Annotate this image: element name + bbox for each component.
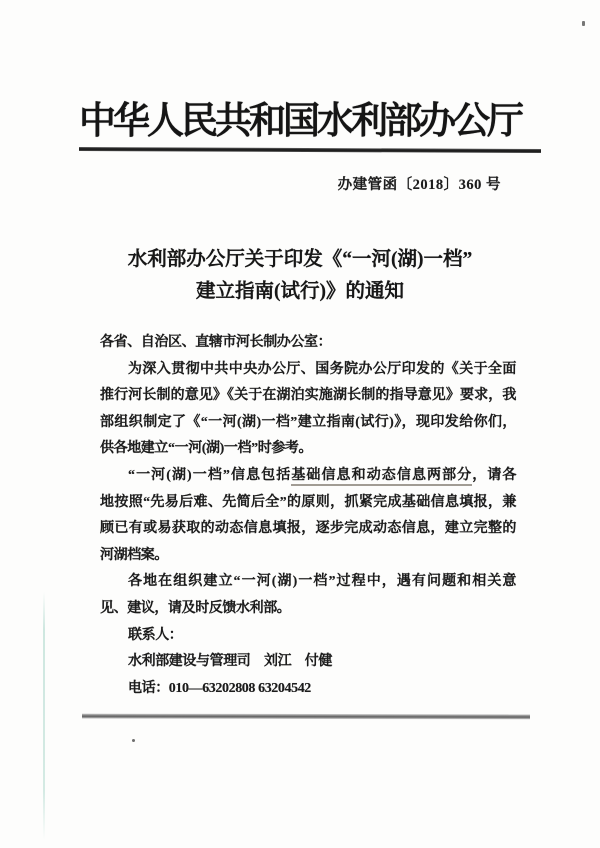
body-line: “一河(湖)一档”信息包括基础信息和动态信息两部分，请各 [100, 463, 516, 490]
body-line: 见、建议，请及时反馈水利部。 [100, 596, 516, 623]
notice-title: 水利部办公厅关于印发《“一河(湖)一档” 建立指南(试行)》的通知 [0, 244, 600, 307]
body-line: 供各地建立“一河(湖)一档”时参考。 [100, 436, 516, 463]
body-line: 顾已有或易获取的动态信息填报，逐步完成动态信息，建立完整的 [100, 516, 516, 543]
body-line: 各地在组织建立“一河(湖)一档”过程中，遇有问题和相关意 [100, 569, 516, 596]
scan-speck [582, 21, 585, 26]
body-text-segment: 地按照“先易后难、先简后全”的原则，抓紧完成基础信息填报，兼 [100, 495, 516, 510]
body-line: 电话：010—63202808 63204542 [100, 676, 516, 703]
bottom-scan-fold-line [82, 714, 530, 720]
body-text-segment: 为深入贯彻中共中央办公厅、国务院办公厅印发的《关于全面 [128, 362, 516, 377]
document-body: 各省、自治区、直辖市河长制办公室：为深入贯彻中共中央办公厅、国务院办公厅印发的《… [100, 330, 516, 702]
scanner-streak-artifact [43, 592, 45, 840]
body-text-segment: ，请各 [472, 468, 516, 483]
body-text-segment: 供各地建立“一河(湖)一档”时参考。 [100, 441, 312, 456]
pencil-underlined-text: 基础信息和动态信息两部分 [291, 468, 472, 486]
masthead-divider-rule [79, 147, 541, 153]
body-text-segment: 部组织制定了《“一河(湖)一档”建立指南(试行)》，现印发给你们， [100, 415, 516, 430]
body-text-segment: “一河(湖)一档”信息包括 [128, 468, 291, 483]
body-text-segment: 河湖档案。 [100, 548, 168, 563]
body-text-segment: 见、建议，请及时反馈水利部。 [100, 601, 290, 616]
body-line: 各省、自治区、直辖市河长制办公室： [100, 330, 516, 357]
notice-title-line-1: 水利部办公厅关于印发《“一河(湖)一档” [0, 244, 600, 276]
issuing-agency-masthead: 中华人民共和国水利部办公厅 [0, 99, 600, 145]
document-reference-number: 办建管函〔2018〕360 号 [338, 173, 501, 194]
body-line: 部组织制定了《“一河(湖)一档”建立指南(试行)》，现印发给你们， [100, 410, 516, 437]
body-line: 为深入贯彻中共中央办公厅、国务院办公厅印发的《关于全面 [100, 357, 516, 384]
notice-title-line-2: 建立指南(试行)》的通知 [0, 276, 600, 308]
body-text-segment: 电话：010—63202808 63204542 [128, 681, 311, 696]
body-line: 地按照“先易后难、先简后全”的原则，抓紧完成基础信息填报，兼 [100, 490, 516, 517]
body-line: 河湖档案。 [100, 543, 516, 570]
body-line: 联系人： [100, 623, 516, 650]
body-text-segment: 各省、自治区、直辖市河长制办公室： [100, 335, 331, 350]
scan-speck [132, 739, 135, 742]
body-line: 水利部建设与管理司 刘江 付健 [100, 649, 516, 676]
body-text-segment: 水利部建设与管理司 刘江 付健 [128, 654, 332, 669]
body-text-segment: 各地在组织建立“一河(湖)一档”过程中，遇有问题和相关意 [128, 574, 516, 589]
body-line: 推行河长制的意见》《关于在湖泊实施湖长制的指导意见》要求，我 [100, 383, 516, 410]
body-text-segment: 联系人： [128, 628, 182, 643]
body-text-segment: 推行河长制的意见》《关于在湖泊实施湖长制的指导意见》要求，我 [100, 388, 516, 403]
body-text-segment: 顾已有或易获取的动态信息填报，逐步完成动态信息，建立完整的 [100, 521, 516, 536]
scanned-document-page: 中华人民共和国水利部办公厅 办建管函〔2018〕360 号 水利部办公厅关于印发… [0, 0, 600, 848]
